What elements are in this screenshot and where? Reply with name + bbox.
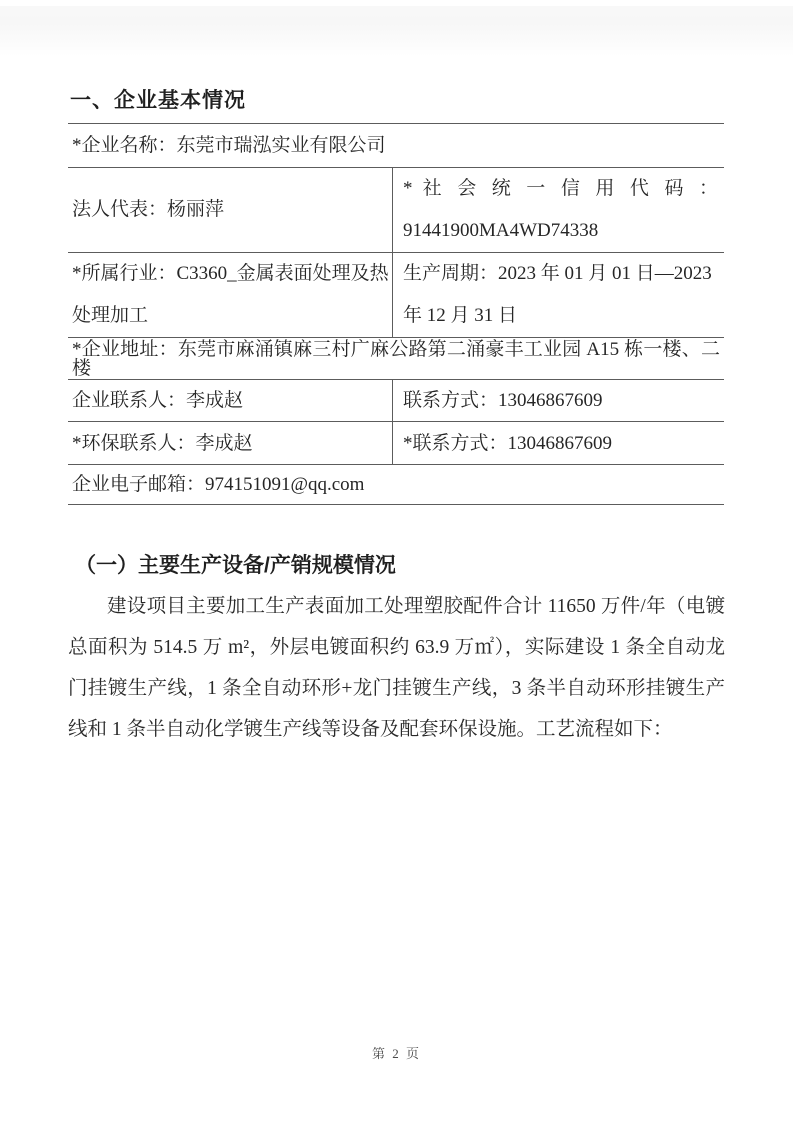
- field-company-contact-phone-text: 联系方式：13046867609: [403, 391, 718, 410]
- field-company-name: *企业名称：东莞市瑞泓实业有限公司: [68, 124, 724, 167]
- field-production-period-line2: 年 12 月 31 日: [403, 295, 718, 337]
- table-row-legal-rep-credit-code: 法人代表：杨丽萍 * 社 会 统 一 信 用 代 码 ： 91441900MA4…: [68, 168, 724, 253]
- field-industry-line2: 处理加工: [72, 295, 392, 337]
- field-credit-code: * 社 会 统 一 信 用 代 码 ： 91441900MA4WD74338: [393, 168, 724, 252]
- field-credit-code-label: * 社 会 统 一 信 用 代 码 ：: [403, 168, 718, 210]
- table-row-company-name: *企业名称：东莞市瑞泓实业有限公司: [68, 124, 724, 168]
- field-credit-code-value: 91441900MA4WD74338: [403, 210, 718, 252]
- section-title: 一、企业基本情况: [70, 84, 246, 114]
- field-env-contact-text: *环保联系人：李成赵: [72, 434, 392, 453]
- field-company-email-text: 企业电子邮箱：974151091@qq.com: [72, 475, 720, 494]
- field-env-contact-phone: *联系方式：13046867609: [393, 422, 724, 464]
- field-company-contact-text: 企业联系人：李成赵: [72, 391, 392, 410]
- field-industry-line1: *所属行业：C3360_金属表面处理及热: [72, 253, 392, 295]
- table-row-email: 企业电子邮箱：974151091@qq.com: [68, 465, 724, 505]
- field-production-period: 生产周期：2023 年 01 月 01 日—2023 年 12 月 31 日: [393, 253, 724, 337]
- table-row-company-contact: 企业联系人：李成赵 联系方式：13046867609: [68, 380, 724, 422]
- field-industry: *所属行业：C3360_金属表面处理及热 处理加工: [68, 253, 393, 337]
- scanned-document-page: 一、企业基本情况 *企业名称：东莞市瑞泓实业有限公司 法人代表：杨丽萍 * 社 …: [0, 0, 793, 1121]
- company-info-table: *企业名称：东莞市瑞泓实业有限公司 法人代表：杨丽萍 * 社 会 统 一 信 用…: [68, 123, 724, 505]
- table-row-industry-period: *所属行业：C3360_金属表面处理及热 处理加工 生产周期：2023 年 01…: [68, 253, 724, 338]
- field-legal-representative: 法人代表：杨丽萍: [68, 168, 393, 252]
- table-row-env-contact: *环保联系人：李成赵 *联系方式：13046867609: [68, 422, 724, 465]
- field-env-contact-phone-text: *联系方式：13046867609: [403, 434, 718, 453]
- table-row-address: *企业地址：东莞市麻涌镇麻三村广麻公路第二涌豪丰工业园 A15 栋一楼、二楼: [68, 338, 724, 380]
- production-scale-paragraph: 建设项目主要加工生产表面加工处理塑胶配件合计 11650 万件/年（电镀总面积为…: [68, 586, 725, 750]
- field-production-period-line1: 生产周期：2023 年 01 月 01 日—2023: [403, 253, 718, 295]
- field-company-email: 企业电子邮箱：974151091@qq.com: [68, 465, 724, 504]
- field-legal-representative-text: 法人代表：杨丽萍: [72, 189, 392, 231]
- subsection-title: （一）主要生产设备/产销规模情况: [75, 549, 396, 579]
- field-company-name-text: *企业名称：东莞市瑞泓实业有限公司: [72, 136, 720, 155]
- field-company-contact: 企业联系人：李成赵: [68, 380, 393, 421]
- page-number-footer: 第 2 页: [0, 1043, 793, 1062]
- field-company-contact-phone: 联系方式：13046867609: [393, 380, 724, 421]
- field-company-address-text: *企业地址：东莞市麻涌镇麻三村广麻公路第二涌豪丰工业园 A15 栋一楼、二楼: [72, 340, 720, 378]
- scan-artifact-band: [0, 6, 793, 56]
- field-company-address: *企业地址：东莞市麻涌镇麻三村广麻公路第二涌豪丰工业园 A15 栋一楼、二楼: [68, 338, 724, 379]
- field-env-contact: *环保联系人：李成赵: [68, 422, 393, 464]
